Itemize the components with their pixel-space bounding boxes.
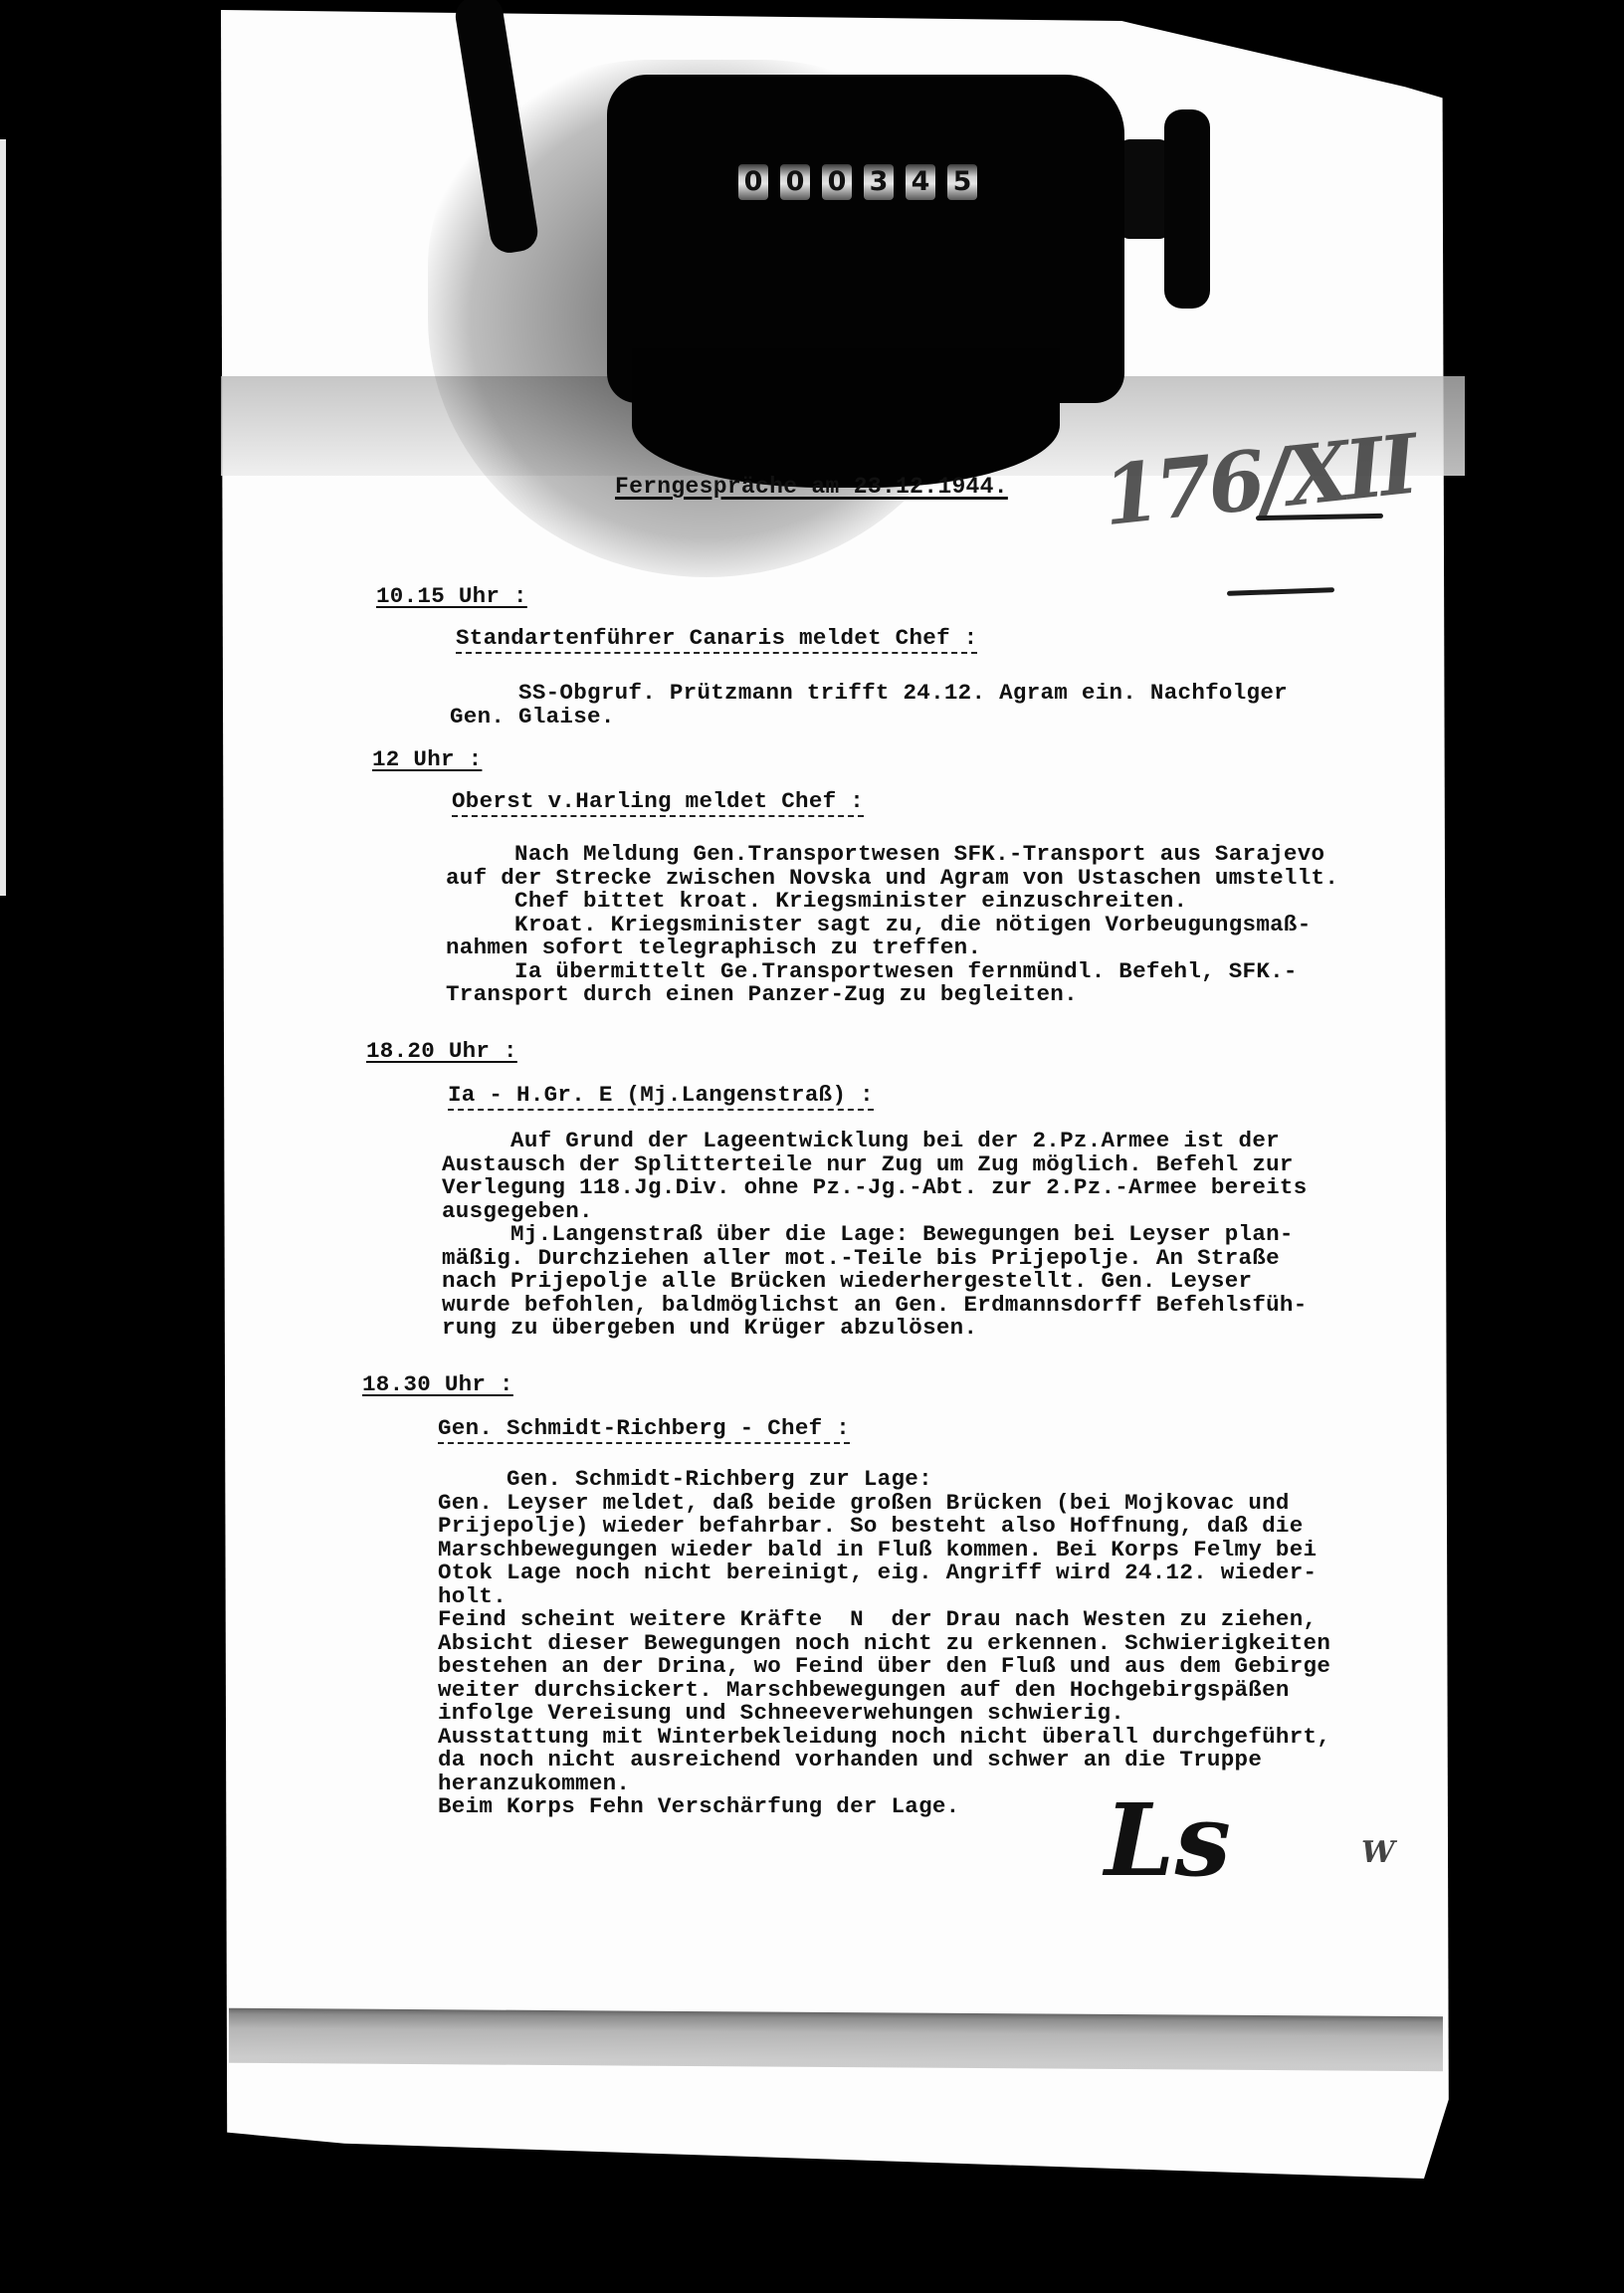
handwritten-initials: Ls	[1105, 1829, 1231, 1853]
archive-mark-underline	[1227, 587, 1334, 596]
document-title: Ferngespräche am 23.12.1944.	[615, 476, 1008, 500]
entry-time: 10.15 Uhr :	[376, 585, 527, 609]
entry-text: SS-Obgruf. Prützmann trifft 24.12. Agram…	[450, 682, 1288, 729]
entry-speaker: Gen. Schmidt-Richberg - Chef :	[438, 1417, 850, 1444]
entry-speaker: Ia - H.Gr. E (Mj.Langenstraß) :	[448, 1084, 874, 1111]
entry-speaker: Oberst v.Harling meldet Chef :	[452, 790, 864, 817]
entry-time: 18.30 Uhr :	[362, 1373, 513, 1397]
document-body: Ferngespräche am 23.12.1944. 176/XII 10.…	[0, 0, 1624, 2293]
entry-speaker: Standartenführer Canaris meldet Chef :	[456, 627, 977, 654]
archive-mark: 176/XII	[1103, 454, 1415, 510]
margin-initial: W	[1361, 1841, 1395, 1865]
entry-time: 12 Uhr :	[372, 748, 482, 772]
entry-text: Nach Meldung Gen.Transportwesen SFK.-Tra…	[446, 843, 1338, 1007]
entry-time: 18.20 Uhr :	[366, 1040, 517, 1064]
entry-text: Auf Grund der Lageentwicklung bei der 2.…	[442, 1130, 1308, 1341]
entry-text: Gen. Schmidt-Richberg zur Lage:Gen. Leys…	[438, 1468, 1330, 1819]
